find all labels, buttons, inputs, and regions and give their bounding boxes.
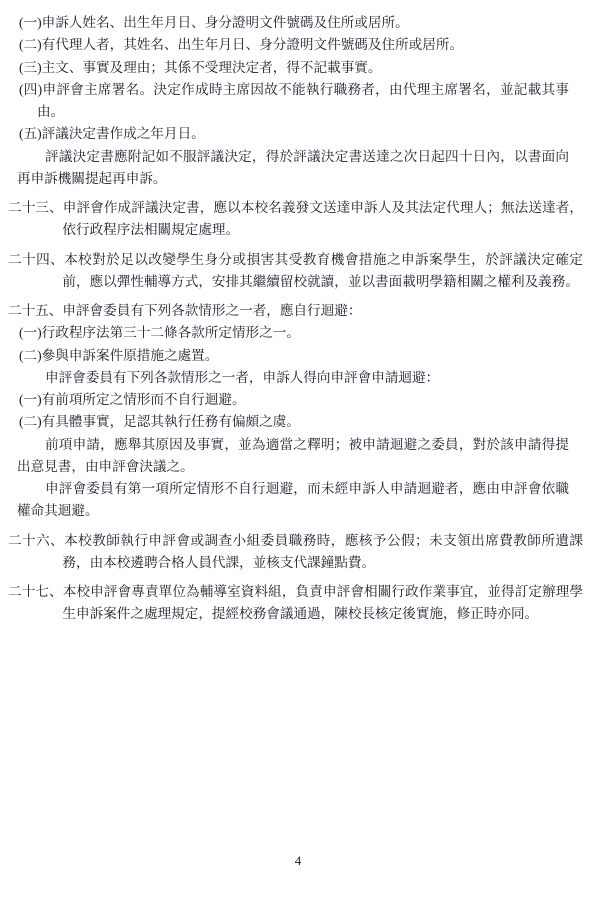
document-page: (一)申訴人姓名、出生年月日、身分證明文件號碼及住所或居所。 (二)有代理人者，…	[0, 0, 596, 626]
paragraph: 申評會委員有下列各款情形之一者，申訴人得向申評會申請迴避：	[17, 367, 569, 389]
list-item-marker: (一)	[19, 392, 42, 407]
article: 二十六、本校教師執行申評會或調查小組委員職務時，應核予公假；未支領出席費教師所遺…	[8, 530, 583, 575]
article-marker: 二十七、	[8, 584, 63, 599]
list-item-marker: (二)	[19, 348, 42, 363]
paragraph: 申評會委員有第一項所定情形不自行迴避，而未經申訴人申請迴避者，應由申評會依職權命…	[17, 478, 569, 523]
article-marker: 二十六、	[8, 533, 64, 548]
list-item-text: 有前項所定之情形而不自行迴避。	[42, 392, 246, 407]
list-item-marker: (四)	[19, 82, 42, 97]
list-item: (四)申評會主席署名。決定作成時主席因故不能執行職務者，由代理主席署名，並記載其…	[19, 79, 569, 124]
paragraph: 前項申請，應舉其原因及事實，並為適當之釋明；被申請迴避之委員，對於該申請得提出意…	[17, 434, 569, 479]
article: 二十七、本校申評會專責單位為輔導室資料組，負責申評會相關行政作業事宜，並得訂定辦…	[8, 581, 583, 626]
list-item: (一)有前項所定之情形而不自行迴避。	[19, 389, 569, 411]
list-item-marker: (五)	[19, 126, 42, 141]
list-item-text: 行政程序法第三十二條各款所定情形之一。	[42, 325, 300, 340]
list-item: (三)主文、事實及理由；其係不受理決定者，得不記載事實。	[19, 57, 569, 79]
article-text: 本校申評會專責單位為輔導室資料組，負責申評會相關行政作業事宜，並得訂定辦理學生申…	[62, 584, 583, 621]
paragraph: 評議決定書應附記如不服評議決定，得於評議決定書送達之次日起四十日內，以書面向再申…	[17, 146, 569, 191]
article: 二十三、申評會作成評議決定書，應以本校名義發文送達申訴人及其法定代理人；無法送達…	[8, 197, 583, 242]
list-item-marker: (二)	[19, 414, 42, 429]
article: 二十五、申評會委員有下列各款情形之一者，應自行迴避：	[8, 300, 583, 322]
list-item-text: 主文、事實及理由；其係不受理決定者，得不記載事實。	[42, 60, 382, 75]
list-item: (二)參與申訴案件原措施之處置。	[19, 345, 569, 367]
list-item-text: 參與申訴案件原措施之處置。	[42, 348, 219, 363]
list-item-marker: (一)	[19, 15, 42, 30]
list-item-text: 有代理人者，其姓名、出生年月日、身分證明文件號碼及住所或居所。	[42, 37, 463, 52]
list-item-marker: (二)	[19, 37, 42, 52]
article-text: 申評會委員有下列各款情形之一者，應自行迴避：	[62, 303, 361, 318]
list-item: (一)行政程序法第三十二條各款所定情形之一。	[19, 322, 569, 344]
article: 二十四、本校對於足以改變學生身分或損害其受教育機會措施之申訴案學生，於評議決定確…	[8, 249, 583, 294]
list-item-text: 申訴人姓名、出生年月日、身分證明文件號碼及住所或居所。	[42, 15, 409, 30]
list-item: (一)申訴人姓名、出生年月日、身分證明文件號碼及住所或居所。	[19, 12, 569, 34]
article-marker: 二十三、	[8, 200, 63, 215]
list-item-marker: (一)	[19, 325, 42, 340]
article-marker: 二十四、	[8, 252, 64, 267]
article-text: 本校對於足以改變學生身分或損害其受教育機會措施之申訴案學生，於評議決定確定前，應…	[62, 252, 583, 289]
list-item-text: 有具體事實，足認其執行任務有偏頗之虞。	[42, 414, 300, 429]
article-marker: 二十五、	[8, 303, 62, 318]
list-item: (二)有代理人者，其姓名、出生年月日、身分證明文件號碼及住所或居所。	[19, 34, 569, 56]
article-text: 本校教師執行申評會或調查小組委員職務時，應核予公假；未支領出席費教師所遺課務，由…	[62, 533, 583, 570]
list-item-text: 申評會主席署名。決定作成時主席因故不能執行職務者，由代理主席署名，並記載其事由。	[37, 82, 569, 119]
list-item-text: 評議決定書作成之年月日。	[42, 126, 205, 141]
list-item: (五)評議決定書作成之年月日。	[19, 123, 569, 145]
article-text: 申評會作成評議決定書，應以本校名義發文送達申訴人及其法定代理人；無法送達者，依行…	[62, 200, 583, 237]
list-item-marker: (三)	[19, 60, 42, 75]
list-item: (二)有具體事實，足認其執行任務有偏頗之虞。	[19, 411, 569, 433]
page-number: 4	[0, 851, 596, 871]
